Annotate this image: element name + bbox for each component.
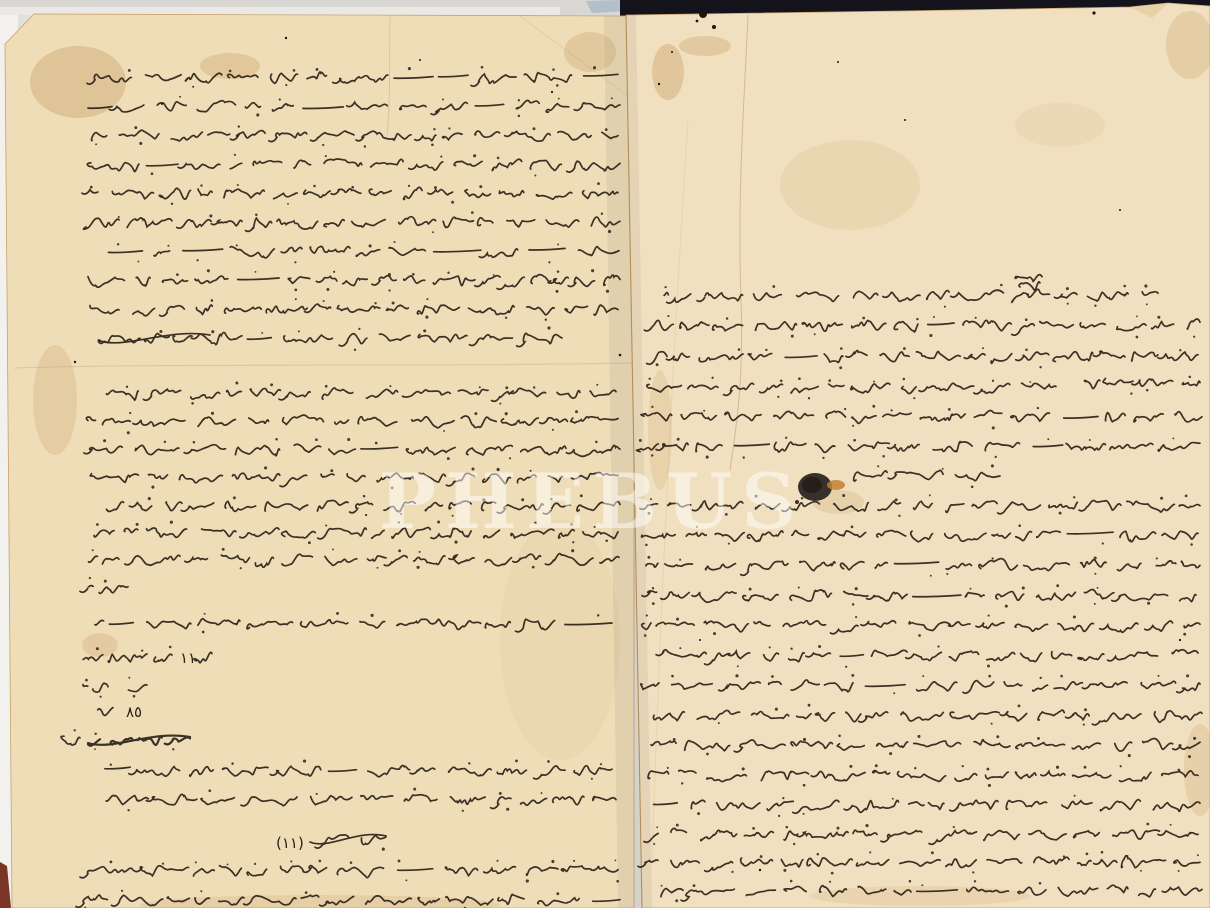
diacritic-dot bbox=[790, 648, 792, 650]
diacritic-dot bbox=[1059, 512, 1062, 515]
diacritic-dot bbox=[703, 410, 705, 412]
diacritic-dot bbox=[556, 892, 559, 895]
diacritic-dot bbox=[162, 862, 164, 864]
diacritic-dot bbox=[829, 881, 831, 883]
diacritic-dot bbox=[110, 861, 113, 864]
diacritic-dot bbox=[780, 380, 783, 383]
diacritic-dot bbox=[1073, 615, 1076, 618]
diacritic-dot bbox=[1185, 495, 1188, 498]
diacritic-dot bbox=[573, 860, 575, 862]
diacritic-dot bbox=[393, 241, 395, 243]
diacritic-dot bbox=[1193, 737, 1196, 740]
right-page bbox=[626, 3, 1210, 908]
diacritic-dot bbox=[893, 692, 895, 694]
diacritic-dot bbox=[992, 380, 994, 382]
diacritic-dot bbox=[869, 851, 871, 853]
diacritic-dot bbox=[92, 549, 94, 551]
diacritic-dot bbox=[782, 797, 784, 799]
diacritic-dot bbox=[656, 363, 659, 366]
diacritic-dot bbox=[652, 602, 655, 605]
diacritic-dot bbox=[136, 523, 139, 526]
diacritic-dot bbox=[591, 269, 594, 272]
speck bbox=[837, 61, 839, 63]
diacritic-dot bbox=[127, 809, 129, 811]
diacritic-dot bbox=[971, 486, 974, 489]
diacritic-dot bbox=[1094, 603, 1096, 605]
diacritic-dot bbox=[222, 548, 225, 551]
speck bbox=[699, 639, 701, 641]
diacritic-dot bbox=[671, 675, 674, 678]
diacritic-dot bbox=[828, 379, 831, 382]
diacritic-dot bbox=[171, 203, 173, 205]
speck bbox=[419, 59, 421, 61]
numeral-11: ١١ bbox=[180, 649, 196, 667]
diacritic-dot bbox=[822, 457, 824, 459]
diacritic-dot bbox=[442, 99, 444, 101]
diacritic-dot bbox=[855, 587, 858, 590]
diacritic-dot bbox=[933, 316, 935, 318]
diacritic-dot bbox=[303, 760, 306, 763]
diacritic-dot bbox=[808, 704, 811, 707]
diacritic-dot bbox=[202, 631, 205, 634]
speck bbox=[671, 51, 673, 53]
diacritic-dot bbox=[1189, 376, 1192, 379]
diacritic-dot bbox=[141, 649, 143, 651]
diacritic-dot bbox=[606, 290, 609, 293]
diacritic-dot bbox=[601, 212, 603, 214]
diacritic-dot bbox=[209, 214, 212, 217]
diacritic-dot bbox=[270, 383, 273, 386]
diacritic-dot bbox=[468, 762, 470, 764]
diacritic-dot bbox=[572, 541, 574, 543]
diacritic-dot bbox=[127, 431, 130, 434]
diacritic-dot bbox=[962, 765, 964, 767]
diacritic-dot bbox=[801, 497, 804, 500]
diacritic-dot bbox=[548, 261, 550, 263]
diacritic-dot bbox=[1136, 336, 1139, 339]
diacritic-dot bbox=[530, 470, 532, 472]
diacritic-dot bbox=[803, 813, 805, 815]
diacritic-dot bbox=[211, 299, 214, 302]
diacritic-dot bbox=[347, 438, 350, 441]
diacritic-dot bbox=[735, 674, 738, 677]
diacritic-dot bbox=[164, 441, 166, 443]
diacritic-dot bbox=[505, 386, 508, 389]
diacritic-dot bbox=[398, 521, 400, 523]
diacritic-dot bbox=[121, 890, 123, 892]
diacritic-dot bbox=[1039, 882, 1042, 885]
diacritic-dot bbox=[970, 588, 972, 590]
diacritic-dot bbox=[1084, 708, 1087, 711]
diacritic-dot bbox=[651, 454, 653, 456]
diacritic-dot bbox=[447, 272, 449, 274]
diacritic-dot bbox=[1172, 437, 1174, 439]
diacritic-dot bbox=[931, 851, 934, 854]
diacritic-dot bbox=[137, 261, 139, 263]
diacritic-dot bbox=[752, 827, 755, 830]
diacritic-dot bbox=[571, 549, 574, 552]
diacritic-dot bbox=[298, 330, 300, 332]
diacritic-dot bbox=[772, 285, 775, 288]
diacritic-dot bbox=[287, 203, 289, 205]
diacritic-dot bbox=[254, 863, 256, 865]
diacritic-dot bbox=[917, 735, 920, 738]
diacritic-dot bbox=[375, 442, 378, 445]
diacritic-dot bbox=[937, 645, 939, 647]
diacritic-dot bbox=[497, 468, 500, 471]
diacritic-dot bbox=[650, 498, 652, 500]
diacritic-dot bbox=[515, 760, 518, 763]
paper-stain bbox=[500, 520, 620, 760]
diacritic-dot bbox=[294, 289, 297, 292]
diacritic-dot bbox=[737, 665, 739, 667]
diacritic-dot bbox=[845, 666, 847, 668]
diacritic-dot bbox=[1094, 305, 1096, 307]
diacritic-dot bbox=[1101, 851, 1104, 854]
diacritic-dot bbox=[552, 68, 555, 71]
diacritic-dot bbox=[354, 349, 356, 351]
speck bbox=[285, 37, 287, 39]
diacritic-dot bbox=[988, 675, 991, 678]
diacritic-dot bbox=[818, 645, 821, 648]
diacritic-dot bbox=[400, 513, 402, 515]
diacritic-dot bbox=[85, 679, 88, 682]
diacritic-dot bbox=[644, 634, 647, 637]
diacritic-dot bbox=[783, 869, 786, 872]
diacritic-dot bbox=[308, 541, 311, 544]
diacritic-dot bbox=[615, 860, 617, 862]
diacritic-dot bbox=[192, 86, 194, 88]
diacritic-dot bbox=[200, 184, 202, 186]
diacritic-dot bbox=[713, 632, 716, 635]
diacritic-dot bbox=[134, 126, 137, 129]
diacritic-dot bbox=[1060, 675, 1063, 678]
diacritic-dot bbox=[547, 326, 550, 329]
diacritic-dot bbox=[673, 738, 676, 741]
diacritic-dot bbox=[374, 302, 376, 304]
speck bbox=[619, 354, 622, 357]
diacritic-dot bbox=[597, 614, 599, 616]
diacritic-dot bbox=[851, 674, 854, 677]
diacritic-dot bbox=[89, 577, 91, 579]
diacritic-dot bbox=[129, 412, 131, 414]
diacritic-dot bbox=[388, 273, 391, 276]
diacritic-dot bbox=[325, 524, 327, 526]
diacritic-dot bbox=[326, 288, 329, 291]
diacritic-dot bbox=[389, 385, 391, 387]
diacritic-dot bbox=[323, 300, 325, 302]
diacritic-dot bbox=[575, 410, 578, 413]
diacritic-dot bbox=[176, 273, 179, 276]
diacritic-dot bbox=[240, 567, 242, 569]
diacritic-dot bbox=[785, 437, 787, 439]
diacritic-dot bbox=[95, 143, 97, 145]
diacritic-dot bbox=[451, 201, 454, 204]
diacritic-dot bbox=[842, 494, 845, 497]
diacritic-dot bbox=[1157, 316, 1160, 319]
paper-stain bbox=[780, 140, 920, 230]
diacritic-dot bbox=[922, 675, 924, 677]
diacritic-dot bbox=[1157, 675, 1159, 677]
speck bbox=[1179, 639, 1181, 641]
diacritic-dot bbox=[358, 328, 360, 330]
diacritic-dot bbox=[432, 231, 434, 233]
diacritic-dot bbox=[991, 464, 994, 467]
diacritic-dot bbox=[497, 157, 500, 160]
diacritic-dot bbox=[505, 412, 508, 415]
ink-blot-core bbox=[802, 477, 822, 493]
diacritic-dot bbox=[775, 708, 778, 711]
diacritic-dot bbox=[988, 784, 991, 787]
diacritic-dot bbox=[1147, 602, 1150, 605]
diacritic-dot bbox=[90, 186, 93, 189]
diacritic-dot bbox=[853, 439, 856, 442]
diacritic-dot bbox=[128, 677, 130, 679]
diacritic-dot bbox=[518, 115, 521, 118]
diacritic-dot bbox=[425, 316, 428, 319]
diacritic-dot bbox=[1170, 824, 1172, 826]
diacritic-dot bbox=[139, 142, 142, 145]
diacritic-dot bbox=[533, 127, 536, 130]
diacritic-dot bbox=[793, 843, 795, 845]
diacritic-dot bbox=[96, 647, 99, 650]
diacritic-dot bbox=[1140, 870, 1142, 872]
diacritic-dot bbox=[293, 69, 296, 72]
diacritic-dot bbox=[1102, 542, 1104, 544]
diacritic-dot bbox=[718, 722, 720, 724]
diacritic-dot bbox=[408, 67, 411, 70]
diacritic-dot bbox=[903, 347, 906, 350]
diacritic-dot bbox=[408, 185, 410, 187]
diacritic-dot bbox=[94, 748, 96, 750]
diacritic-dot bbox=[1190, 543, 1193, 546]
diacritic-dot bbox=[518, 99, 520, 101]
diacritic-dot bbox=[942, 468, 944, 470]
diacritic-dot bbox=[839, 366, 842, 369]
paper-stain bbox=[1015, 103, 1105, 147]
diacritic-dot bbox=[261, 332, 263, 334]
diacritic-dot bbox=[875, 764, 878, 767]
diacritic-dot bbox=[755, 495, 758, 498]
diacritic-dot bbox=[313, 185, 316, 188]
diacritic-dot bbox=[677, 438, 680, 441]
numeral-85: ٨٥ bbox=[126, 703, 142, 721]
diacritic-dot bbox=[974, 880, 976, 882]
diacritic-dot bbox=[790, 880, 793, 883]
diacritic-dot bbox=[803, 738, 806, 741]
diacritic-dot bbox=[1037, 737, 1040, 740]
diacritic-dot bbox=[479, 185, 482, 188]
diacritic-dot bbox=[255, 214, 258, 217]
diacritic-dot bbox=[556, 84, 559, 87]
diacritic-dot bbox=[191, 402, 194, 405]
diacritic-dot bbox=[992, 557, 994, 559]
diacritic-dot bbox=[434, 186, 437, 189]
diacritic-dot bbox=[398, 859, 401, 862]
diacritic-dot bbox=[195, 861, 197, 863]
diacritic-dot bbox=[398, 549, 401, 552]
diacritic-dot bbox=[499, 403, 501, 405]
diacritic-dot bbox=[873, 381, 875, 383]
diacritic-dot bbox=[1136, 315, 1138, 317]
diacritic-dot bbox=[872, 405, 875, 408]
diacritic-dot bbox=[558, 98, 560, 100]
diacritic-dot bbox=[392, 301, 395, 304]
diacritic-dot bbox=[1183, 633, 1186, 636]
diacritic-dot bbox=[417, 566, 420, 569]
diacritic-dot bbox=[322, 144, 324, 146]
diacritic-dot bbox=[452, 515, 454, 517]
diacritic-dot bbox=[447, 457, 450, 460]
diacritic-dot bbox=[94, 733, 96, 735]
diacritic-dot bbox=[676, 824, 679, 827]
diacritic-dot bbox=[1186, 674, 1189, 677]
diacritic-dot bbox=[1025, 318, 1028, 321]
diacritic-dot bbox=[778, 815, 780, 817]
diacritic-dot bbox=[419, 551, 421, 553]
diacritic-dot bbox=[547, 760, 550, 763]
diacritic-dot bbox=[849, 765, 852, 768]
diacritic-dot bbox=[992, 426, 995, 429]
manuscript-scan: ١١ ٨٥ (١١) bbox=[0, 0, 1210, 908]
diacritic-dot bbox=[207, 269, 210, 272]
diacritic-dot bbox=[100, 696, 102, 698]
diacritic-dot bbox=[316, 793, 318, 795]
diacritic-dot bbox=[170, 521, 173, 524]
diacritic-dot bbox=[117, 243, 119, 245]
diacritic-dot bbox=[169, 646, 172, 649]
diacritic-dot bbox=[731, 871, 733, 873]
diacritic-dot bbox=[351, 186, 354, 189]
diacritic-dot bbox=[605, 128, 608, 131]
diacritic-dot bbox=[647, 556, 650, 559]
paper-stain bbox=[652, 44, 684, 100]
diacritic-dot bbox=[437, 521, 440, 524]
diacritic-dot bbox=[118, 216, 120, 218]
diacritic-dot bbox=[557, 243, 559, 245]
diacritic-dot bbox=[388, 289, 390, 291]
diacritic-dot bbox=[505, 317, 507, 319]
diacritic-dot bbox=[233, 496, 236, 499]
diacritic-dot bbox=[1097, 587, 1099, 589]
diacritic-dot bbox=[235, 382, 238, 385]
diacritic-dot bbox=[855, 616, 857, 618]
diacritic-dot bbox=[431, 144, 434, 147]
ink-blot-smear bbox=[827, 480, 845, 490]
diacritic-dot bbox=[791, 335, 794, 338]
diacritic-dot bbox=[443, 430, 445, 432]
diacritic-dot bbox=[479, 386, 481, 388]
diacritic-dot bbox=[913, 397, 915, 399]
diacritic-dot bbox=[995, 456, 997, 458]
diacritic-dot bbox=[1083, 724, 1085, 726]
diacritic-dot bbox=[817, 853, 820, 856]
diacritic-dot bbox=[1178, 870, 1180, 872]
diacritic-dot bbox=[653, 843, 655, 845]
diacritic-dot bbox=[196, 259, 198, 261]
diacritic-dot bbox=[1066, 287, 1069, 290]
diacritic-dot bbox=[865, 824, 868, 827]
diacritic-dot bbox=[238, 125, 240, 127]
diacritic-dot bbox=[862, 317, 865, 320]
diacritic-dot bbox=[1005, 605, 1008, 608]
diacritic-dot bbox=[325, 385, 328, 388]
diacritic-dot bbox=[991, 723, 993, 725]
diacritic-dot bbox=[852, 425, 854, 427]
speck bbox=[712, 25, 716, 29]
diacritic-dot bbox=[953, 826, 955, 828]
diacritic-dot bbox=[1146, 303, 1148, 305]
diacritic-dot bbox=[679, 559, 681, 561]
diacritic-dot bbox=[898, 515, 900, 517]
diacritic-dot bbox=[769, 646, 771, 648]
paper-stain bbox=[33, 345, 77, 455]
diacritic-dot bbox=[646, 614, 648, 616]
diacritic-dot bbox=[697, 812, 700, 815]
diacritic-dot bbox=[264, 466, 267, 469]
speck bbox=[699, 10, 707, 18]
diacritic-dot bbox=[838, 735, 841, 738]
diacritic-dot bbox=[777, 396, 779, 398]
diacritic-dot bbox=[929, 334, 932, 337]
diacritic-dot bbox=[556, 290, 559, 293]
diacritic-dot bbox=[661, 885, 663, 887]
diacritic-dot bbox=[1022, 586, 1025, 589]
diacritic-dot bbox=[496, 860, 498, 862]
diacritic-dot bbox=[600, 763, 602, 765]
diacritic-dot bbox=[1039, 677, 1041, 679]
diacritic-dot bbox=[557, 270, 560, 273]
diacritic-dot bbox=[1018, 704, 1021, 707]
diacritic-dot bbox=[679, 647, 681, 649]
diacritic-dot bbox=[889, 752, 892, 755]
diacritic-dot bbox=[645, 544, 648, 547]
diacritic-dot bbox=[986, 768, 989, 771]
diacritic-dot bbox=[405, 879, 407, 881]
diacritic-dot bbox=[831, 872, 834, 875]
diacritic-dot bbox=[916, 318, 918, 320]
paper-stain bbox=[564, 32, 616, 72]
diacritic-dot bbox=[798, 377, 801, 380]
diacritic-dot bbox=[987, 665, 990, 668]
manuscript-svg: ١١ ٨٥ (١١) bbox=[0, 0, 1210, 908]
diacritic-dot bbox=[454, 541, 457, 544]
diacritic-dot bbox=[290, 860, 292, 862]
diacritic-dot bbox=[1056, 584, 1059, 587]
diacritic-dot bbox=[552, 429, 554, 431]
diacritic-dot bbox=[914, 767, 916, 769]
diacritic-dot bbox=[526, 879, 529, 882]
diacritic-dot bbox=[179, 96, 181, 98]
diacritic-dot bbox=[521, 498, 524, 501]
diacritic-dot bbox=[664, 286, 666, 288]
diacritic-dot bbox=[803, 784, 806, 787]
diacritic-dot bbox=[1094, 573, 1096, 575]
diacritic-dot bbox=[1188, 755, 1191, 758]
diacritic-dot bbox=[550, 498, 552, 500]
diacritic-dot bbox=[509, 457, 511, 459]
diacritic-dot bbox=[946, 573, 948, 575]
diacritic-dot bbox=[1193, 336, 1195, 338]
diacritic-dot bbox=[200, 890, 202, 892]
diacritic-dot bbox=[944, 306, 946, 308]
diacritic-dot bbox=[382, 848, 385, 851]
diacritic-dot bbox=[667, 767, 669, 769]
diacritic-dot bbox=[675, 899, 678, 902]
diacritic-dot bbox=[808, 397, 810, 399]
diacritic-dot bbox=[275, 438, 278, 441]
diacritic-dot bbox=[151, 172, 154, 175]
